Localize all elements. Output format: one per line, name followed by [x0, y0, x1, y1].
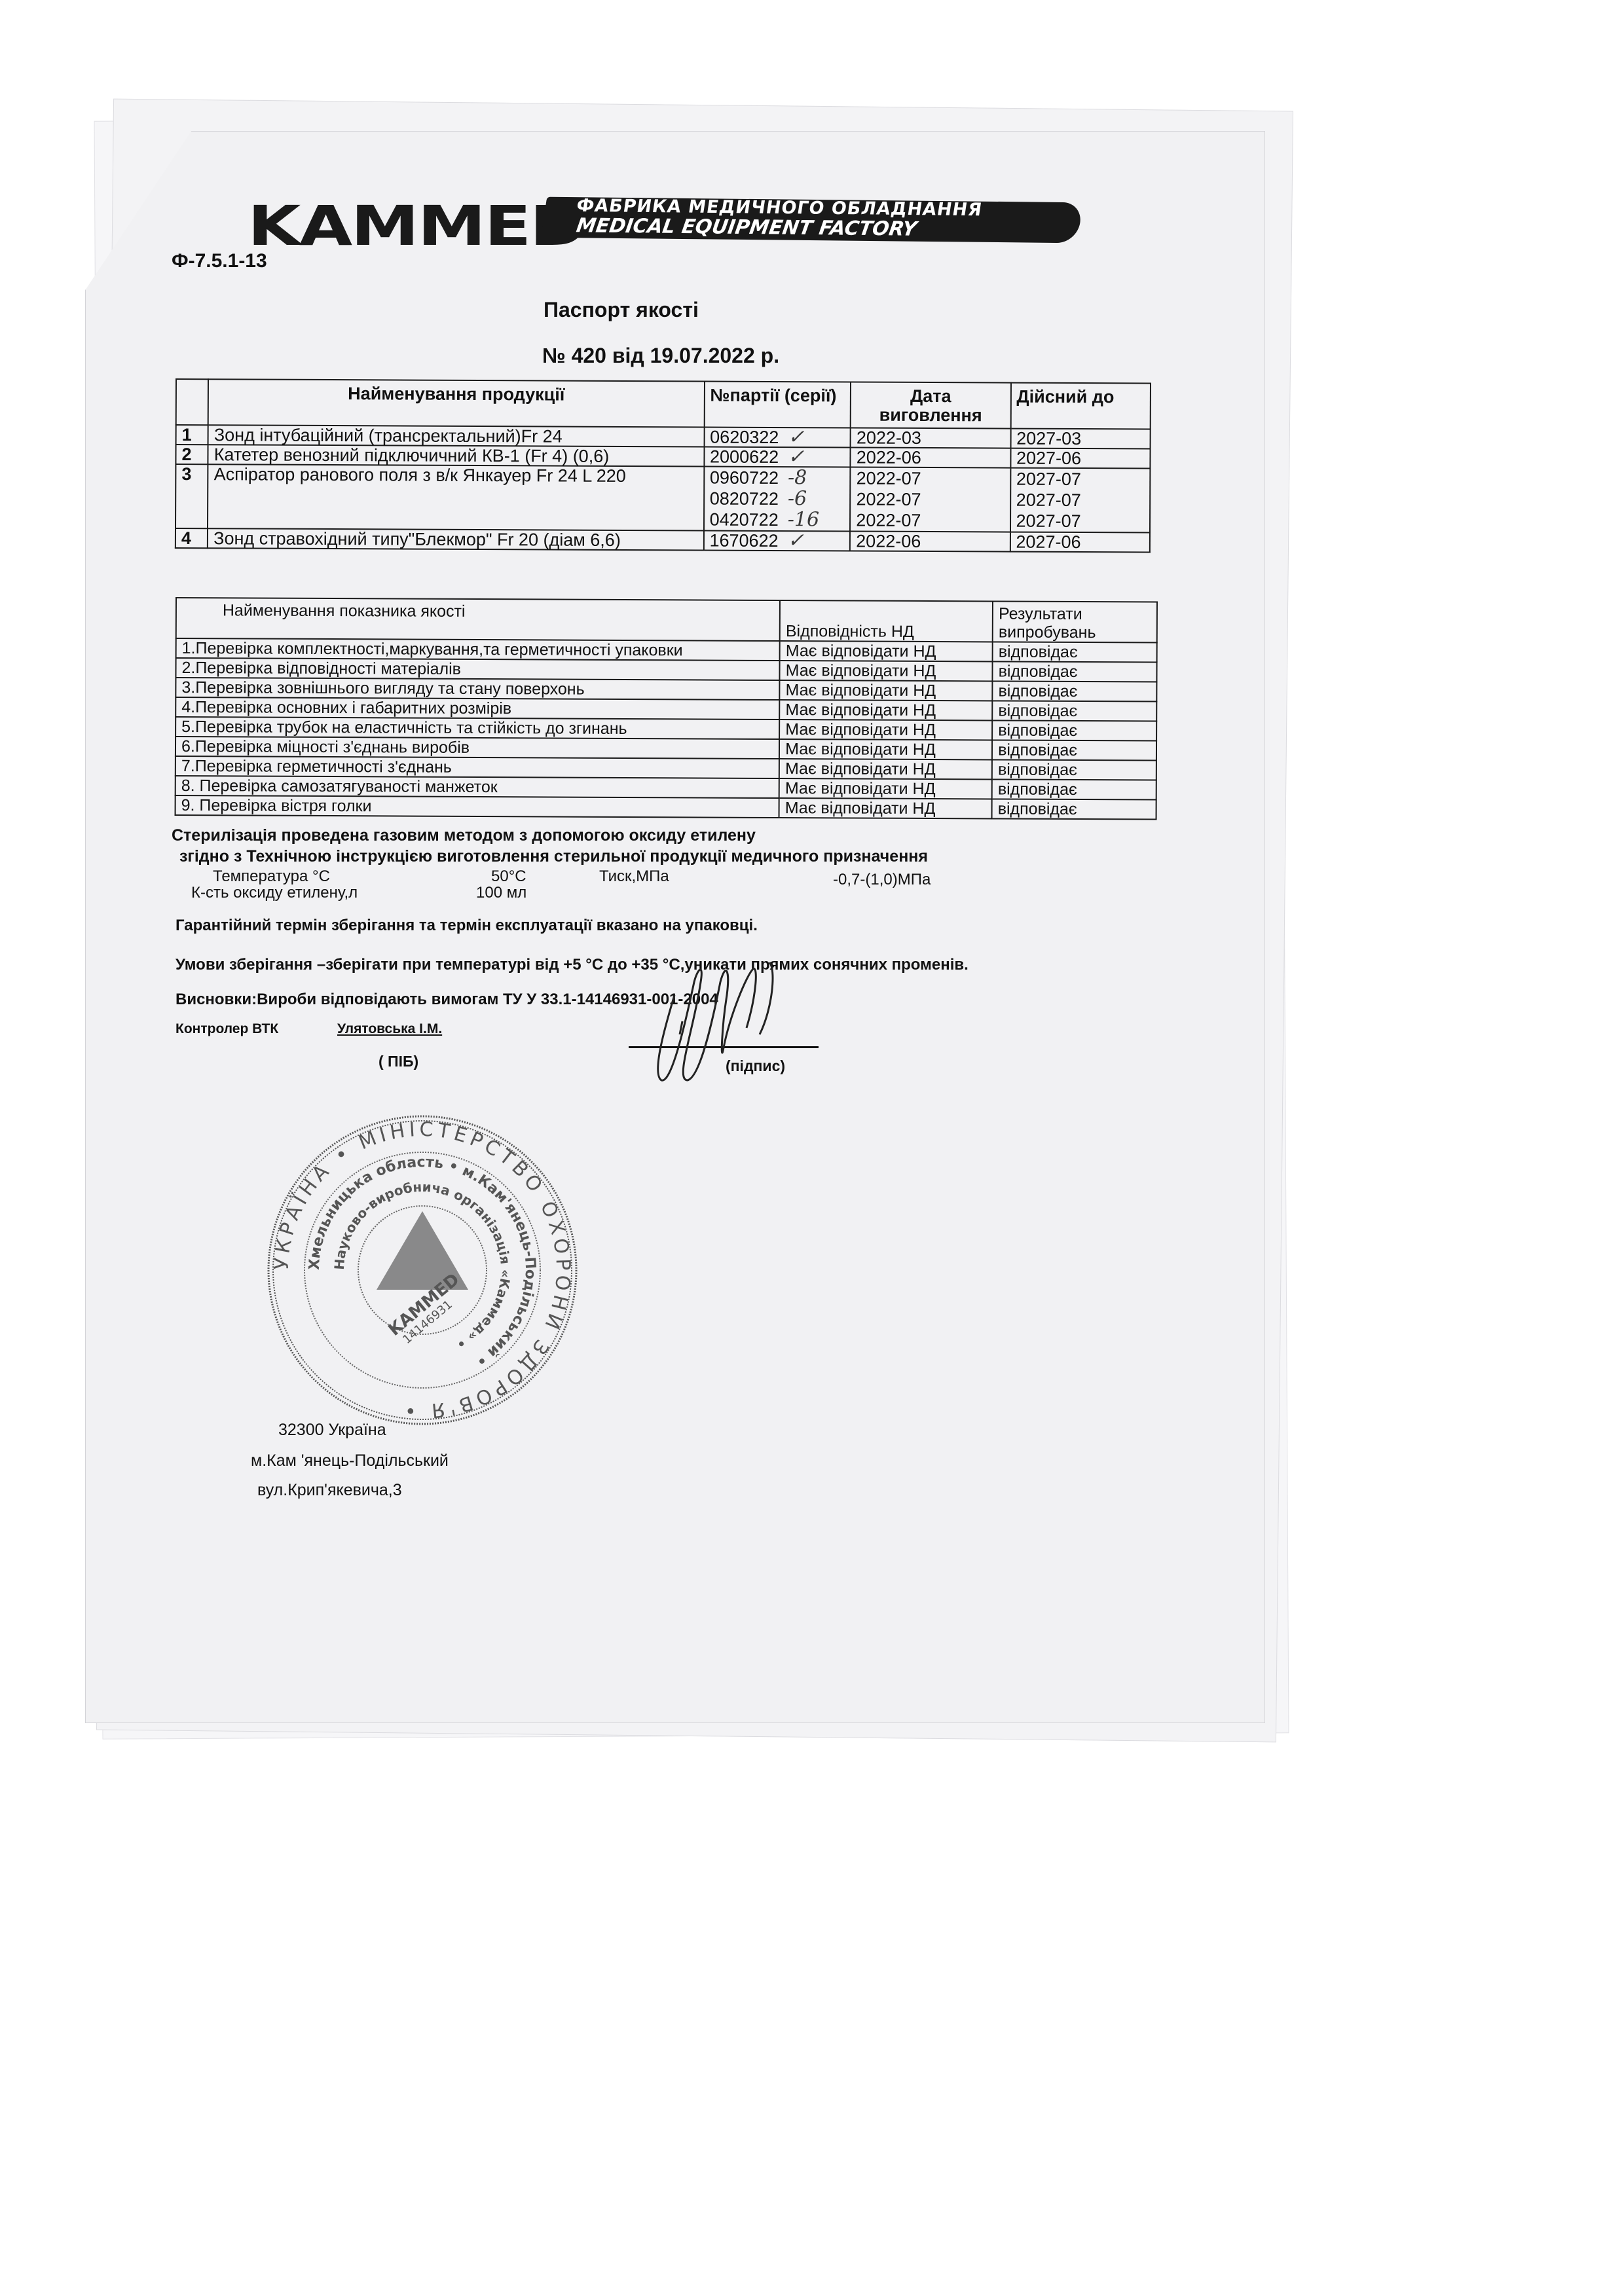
warranty-note: Гарантійний термін зберігання та термін …	[175, 917, 758, 935]
ethylene-oxide-label: К-сть оксиду етилену,л	[191, 884, 358, 902]
logo-banner-en: MEDICAL EQUIPMENT FACTORY	[575, 214, 919, 240]
product-name: Зонд інтубаційний (трансректальний)Fr 24	[208, 425, 704, 446]
company-logo: KAMMED	[248, 194, 585, 258]
nd-requirement: Має відповідати НД	[779, 778, 992, 799]
batch-number: 2000622✓	[704, 447, 851, 467]
product-name: Аспіратор ранового поля з в/к Янкауер Fr…	[208, 464, 704, 530]
product-number: 3	[175, 464, 208, 528]
quality-criterion: 5.Перевірка трубок на еластичність та ст…	[175, 717, 779, 739]
form-code: Ф-7.5.1-13	[172, 250, 267, 272]
handwritten-note: -8	[788, 466, 807, 489]
nd-requirement: Має відповідати НД	[779, 700, 992, 720]
handwritten-note: ✓	[788, 445, 804, 468]
quality-criterion: 9. Перевірка вістря голки	[175, 795, 779, 818]
col-product-name: Найменування продукції	[208, 379, 705, 427]
nd-requirement: Має відповідати НД	[780, 641, 993, 661]
nd-requirement: Має відповідати НД	[779, 680, 992, 701]
pressure-value: -0,7-(1,0)МПа	[833, 871, 931, 889]
product-number: 4	[175, 528, 208, 548]
expiry-date: 2027-06	[1010, 532, 1150, 553]
controller-name: Улятовська І.М.	[337, 1021, 442, 1037]
col-test-results: Результати випробувань	[993, 601, 1157, 642]
product-name: Зонд стравохідний типу"Блекмор" Fr 20 (д…	[208, 528, 703, 550]
ethylene-oxide-value: 100 мл	[476, 884, 526, 902]
pressure-label: Тиск,МПа	[599, 867, 669, 886]
manufacture-date: 2022-06	[851, 447, 1010, 467]
product-number: 1	[176, 425, 208, 445]
batch-number: 1670622✓	[703, 531, 850, 551]
expiry-date: 2027-072027-072027-07	[1010, 468, 1151, 533]
storage-note: Умови зберігання –зберігати при температ…	[175, 956, 969, 974]
col-manufacture-date: Дата виговлення	[851, 382, 1011, 428]
sterilization-line1: Стерилізація проведена газовим методом з…	[172, 825, 928, 846]
test-result: відповідає	[992, 799, 1156, 819]
temperature-label: Температура °С	[213, 867, 330, 886]
test-result: відповідає	[993, 661, 1157, 682]
official-stamp: УКРАЇНА • МІНІСТЕРСТВО ОХОРОНИ ЗДОРОВ'Я …	[259, 1106, 586, 1434]
handwritten-note: -6	[788, 487, 807, 510]
col-number	[176, 379, 209, 425]
quality-criterion: 2.Перевірка відповідності матеріалів	[175, 658, 779, 680]
product-name: Катетер венозний підключичний КВ-1 (Fr 4…	[208, 445, 704, 466]
test-result: відповідає	[992, 701, 1156, 721]
expiry-date: 2027-03	[1010, 429, 1151, 449]
quality-criterion: 1.Перевірка комплектності,маркування,та …	[176, 638, 780, 661]
products-table: Найменування продукції №партії (серії) Д…	[175, 378, 1151, 553]
quality-row: 9. Перевірка вістря голкиМає відповідати…	[175, 795, 1156, 820]
quality-criterion: 7.Перевірка герметичності з'єднань	[175, 756, 779, 778]
quality-criterion: 6.Перевірка міцності з'єднань виробів	[175, 737, 779, 759]
controller-role: Контролер ВТК	[175, 1021, 278, 1037]
address-line1: 32300 Україна	[278, 1421, 386, 1440]
test-result: відповідає	[992, 681, 1156, 701]
manufacture-date: 2022-06	[850, 531, 1010, 551]
sterilization-note: Стерилізація проведена газовим методом з…	[172, 825, 928, 867]
test-result: відповідає	[993, 642, 1157, 662]
quality-table: Найменування показника якості Відповідні…	[175, 597, 1158, 820]
batch-number: 0620322✓	[704, 428, 851, 448]
test-result: відповідає	[992, 720, 1156, 740]
address-line3: вул.Крип'якевича,3	[257, 1481, 402, 1500]
sterilization-line2: згідно з Технічною інструкцією виготовле…	[179, 846, 928, 867]
document-number: № 420 від 19.07.2022 р.	[542, 344, 779, 368]
temperature-value: 50°С	[491, 867, 526, 886]
nd-requirement: Має відповідати НД	[779, 720, 992, 740]
manufacture-date: 2022-072022-072022-07	[850, 467, 1010, 532]
handwritten-note: -16	[788, 508, 819, 531]
test-result: відповідає	[992, 759, 1156, 780]
product-row: 4Зонд стравохідний типу"Блекмор" Fr 20 (…	[175, 528, 1150, 552]
name-caption: ( ПІБ)	[378, 1053, 418, 1070]
conclusion-note: Висновки:Вироби відповідають вимогам ТУ …	[175, 991, 718, 1009]
nd-requirement: Має відповідати НД	[780, 661, 993, 681]
manufacture-date: 2022-03	[851, 428, 1010, 448]
nd-requirement: Має відповідати НД	[779, 798, 992, 818]
test-result: відповідає	[992, 779, 1156, 799]
quality-criterion: 3.Перевірка зовнішнього вигляду та стану…	[175, 678, 779, 700]
nd-requirement: Має відповідати НД	[779, 739, 992, 759]
expiry-date: 2027-06	[1010, 448, 1151, 469]
handwritten-signature	[648, 956, 845, 1087]
test-result: відповідає	[992, 740, 1156, 760]
address-line2: м.Кам 'янець-Подільський	[251, 1451, 449, 1470]
col-batch: №партії (серії)	[704, 382, 851, 428]
product-number: 2	[175, 445, 208, 464]
document-title: Паспорт якості	[544, 298, 699, 322]
batch-number: 0960722-80820722-60420722-16	[704, 467, 851, 532]
handwritten-note: ✓	[788, 529, 804, 552]
col-nd-compliance: Відповідність НД	[780, 600, 993, 642]
quality-criterion: 4.Перевірка основних і габаритних розмір…	[175, 697, 779, 720]
nd-requirement: Має відповідати НД	[779, 759, 992, 779]
col-expiry: Дійсний до	[1010, 383, 1151, 429]
col-criterion: Найменування показника якості	[176, 598, 780, 641]
quality-criterion: 8. Перевірка самозатягуваності манжеток	[175, 776, 779, 798]
product-row: 3Аспіратор ранового поля з в/к Янкауер F…	[175, 464, 1150, 532]
